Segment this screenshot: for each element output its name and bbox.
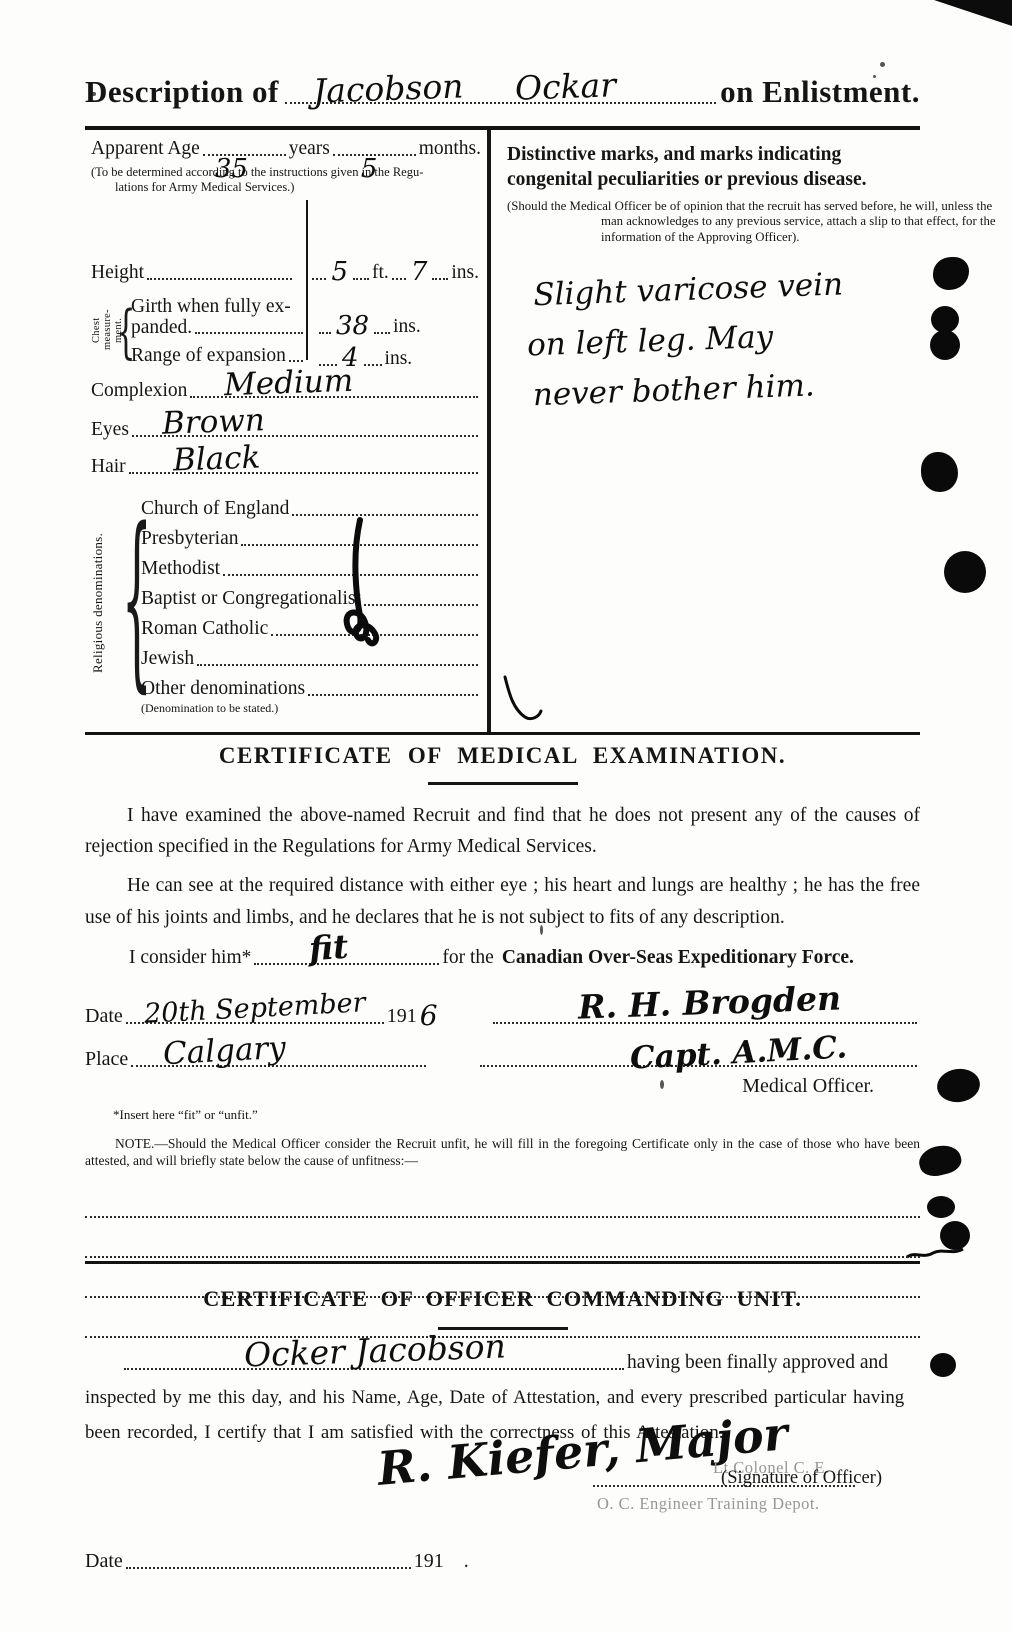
year-print: 191: [387, 1005, 417, 1028]
religious-denominations-side-label: Religious denominations.: [91, 508, 105, 698]
age-months-line: 5: [333, 151, 416, 156]
complexion-label: Complexion: [91, 380, 187, 402]
handwritten-age-months: 5: [361, 154, 378, 184]
scan-speck: [880, 62, 885, 67]
handwritten-recruit-name: Ocker Jacobson: [243, 1326, 506, 1374]
range-unit: ins.: [385, 348, 413, 370]
handwritten-height-inches: 7: [411, 257, 428, 287]
stamp-unit: O. C. Engineer Training Depot.: [597, 1494, 820, 1514]
description-box: Apparent Age 35 years 5 months. (To be d…: [85, 126, 920, 735]
religion-label: Roman Catholic: [141, 618, 268, 640]
officer-certificate-title: CERTIFICATE OF OFFICER COMMANDING UNIT.: [85, 1286, 920, 1312]
apparent-age-footnote: (To be determined according to the instr…: [91, 165, 487, 196]
religion-leader: [308, 691, 478, 696]
recruit-name-row: Ocker Jacobson having been finally appro…: [85, 1352, 920, 1374]
handwritten-place: Calgary: [162, 1030, 286, 1072]
ink-blot: [930, 1353, 956, 1377]
handwritten-distinctive-marks: Slight varicose vein on left leg. May ne…: [533, 253, 1006, 419]
girth-value: 38 ins.: [316, 308, 481, 338]
ink-scrawl: [326, 516, 416, 666]
handwritten-height-feet: 5: [331, 257, 348, 287]
consider-fit-row: I consider him* fit for the Canadian Ove…: [85, 947, 920, 969]
religious-denominations-group: Religious denominations. { Church of Eng…: [91, 490, 487, 716]
consider-mid: for the: [442, 947, 493, 969]
signature-of-officer-label: (Signature of Officer): [721, 1468, 882, 1489]
handwritten-given-name: Ockar: [514, 65, 616, 108]
officer-certificate-line2: inspected by me this day, and his Name, …: [85, 1387, 912, 1409]
religion-item: Jewish: [141, 640, 481, 670]
handwritten-surname: Jacobson: [312, 66, 464, 110]
date-label: Date: [85, 1550, 123, 1573]
recruit-name-line: Ocker Jacobson: [124, 1365, 624, 1370]
age-years-line: 35: [203, 151, 286, 156]
officer-signature-area: R. Kiefer, Major Lt Colonel C. E. (Signa…: [85, 1446, 920, 1520]
apparent-age-label: Apparent Age: [91, 138, 200, 160]
chest-measurement-group: Chest measure- ment. { Girth when fully …: [91, 296, 487, 370]
place-label: Place: [85, 1048, 128, 1071]
religion-label: Church of England: [141, 498, 289, 520]
hair-line: Black: [129, 469, 478, 474]
religion-item: Methodist: [141, 550, 481, 580]
scanned-enlistment-form: Description of Jacobson Ockar on Enlistm…: [0, 0, 1012, 1632]
girth-label-line1: Girth when fully ex-: [131, 296, 306, 317]
handwritten-medical-officer-signature: R. H. Brogden: [577, 978, 841, 1026]
religion-item: Presbyterian: [141, 520, 481, 550]
ink-blot: [935, 1066, 982, 1105]
handwritten-age-years: 35: [215, 154, 248, 184]
description-left-column: Apparent Age 35 years 5 months. (To be d…: [85, 130, 487, 732]
handwritten-girth: 38: [336, 311, 369, 341]
distinctive-marks-heading: Distinctive marks, and marks indicating …: [507, 142, 905, 193]
title-name-line: Jacobson Ockar: [285, 98, 716, 104]
fit-unfit-footnote: *Insert here “fit” or “unfit.”: [113, 1107, 920, 1123]
religion-item: Baptist or Congregationalist: [141, 580, 481, 610]
unfitness-note: NOTE.—Should the Medical Officer conside…: [85, 1135, 920, 1170]
period-mark: .: [464, 1550, 469, 1573]
medical-date-row: Date 20th September 191 6 R. H. Brogden: [85, 995, 920, 1028]
hair-row: Hair Black: [91, 456, 487, 478]
title-suffix: on Enlistment.: [720, 74, 920, 110]
description-right-column: Distinctive marks, and marks indicating …: [491, 130, 1012, 732]
height-leader: [147, 275, 292, 280]
chest-brace-glyph: {: [116, 304, 135, 362]
measurements-table: Height 5 ft. 7 ins. Chest: [91, 200, 487, 360]
medical-paragraph-1: I have examined the above-named Recruit …: [85, 800, 920, 862]
eyes-line: Brown: [132, 432, 478, 437]
section-divider: [428, 782, 578, 785]
range-leader: [289, 357, 303, 362]
handwritten-eyes: Brown: [161, 402, 265, 442]
officer-date-row: Date 191 .: [85, 1550, 920, 1573]
religion-item: Church of England: [141, 490, 481, 520]
date-label: Date: [85, 1005, 123, 1028]
footnote-line-1: (To be determined according to the instr…: [91, 165, 487, 180]
complexion-line: Medium: [190, 393, 478, 398]
medical-paragraph-2: He can see at the required distance with…: [85, 870, 920, 932]
distinctive-marks-note: (Should the Medical Officer be of opinio…: [507, 199, 1003, 246]
approved-text: having been finally approved and: [627, 1352, 888, 1374]
medical-examination-certificate: CERTIFICATE OF MEDICAL EXAMINATION. I ha…: [85, 737, 920, 1338]
inches-unit: ins.: [451, 262, 479, 284]
religion-brace-glyph: {: [122, 507, 152, 697]
girth-leader: [195, 329, 303, 334]
medical-officer-signature-line: R. H. Brogden: [493, 1019, 917, 1024]
date-line: [126, 1564, 411, 1569]
handwritten-medical-officer-rank: Capt. A.M.C.: [630, 1029, 849, 1076]
girth-label-line2: panded.: [131, 317, 192, 338]
handwritten-hair: Black: [172, 439, 261, 478]
footnote-line-2: lations for Army Medical Services.): [115, 180, 487, 195]
handwritten-date: 20th September: [143, 987, 366, 1030]
complexion-row: Complexion Medium: [91, 380, 487, 402]
girth-unit: ins.: [393, 316, 421, 338]
religion-label: Other denominations: [141, 678, 305, 700]
ink-blot: [927, 1196, 955, 1218]
height-value: 5 ft. 7 ins.: [299, 254, 487, 284]
page-corner-fold-artifact: [934, 0, 1012, 26]
force-name: Canadian Over-Seas Expeditionary Force.: [502, 947, 854, 969]
date-line: 20th September: [126, 1019, 384, 1024]
religion-label: Methodist: [141, 558, 220, 580]
height-row: Height 5 ft. 7 ins.: [91, 200, 487, 284]
denomination-note: (Denomination to be stated.): [141, 701, 481, 716]
eyes-row: Eyes Brown: [91, 419, 487, 441]
range-label: Range of expansion: [131, 345, 286, 366]
months-label: months.: [419, 138, 481, 160]
religion-item: Roman Catholic: [141, 610, 481, 640]
years-label: years: [289, 138, 330, 160]
ink-check-mark: [495, 675, 545, 725]
year-print: 191: [414, 1550, 444, 1573]
officer-commanding-certificate: CERTIFICATE OF OFFICER COMMANDING UNIT. …: [85, 1276, 920, 1573]
feet-unit: ft.: [372, 262, 389, 284]
handwritten-year-digit: 6: [420, 999, 438, 1032]
medical-certificate-title: CERTIFICATE OF MEDICAL EXAMINATION.: [85, 743, 920, 769]
medical-officer-label: Medical Officer.: [85, 1075, 874, 1098]
religion-label: Presbyterian: [141, 528, 238, 550]
medical-place-row: Place Calgary Capt. A.M.C.: [85, 1048, 920, 1071]
ink-blot: [916, 1141, 964, 1179]
hair-label: Hair: [91, 456, 126, 478]
form-title: Description of Jacobson Ockar on Enlistm…: [85, 74, 920, 110]
fit-line: fit: [254, 960, 439, 965]
religion-item: Other denominations: [141, 670, 481, 700]
section-separator-rule: [85, 1261, 920, 1264]
place-line: Calgary: [131, 1062, 426, 1067]
consider-prefix: I consider him*: [129, 947, 251, 969]
blank-write-line: [85, 1178, 920, 1218]
medical-officer-rank-line: Capt. A.M.C.: [480, 1062, 917, 1067]
apparent-age-row: Apparent Age 35 years 5 months.: [91, 138, 487, 160]
eyes-label: Eyes: [91, 419, 129, 441]
title-prefix: Description of: [85, 74, 279, 110]
blank-write-line: [85, 1218, 920, 1258]
height-label: Height: [91, 262, 144, 284]
handwritten-complexion: Medium: [224, 362, 354, 402]
handwritten-fit: fit: [308, 926, 350, 968]
